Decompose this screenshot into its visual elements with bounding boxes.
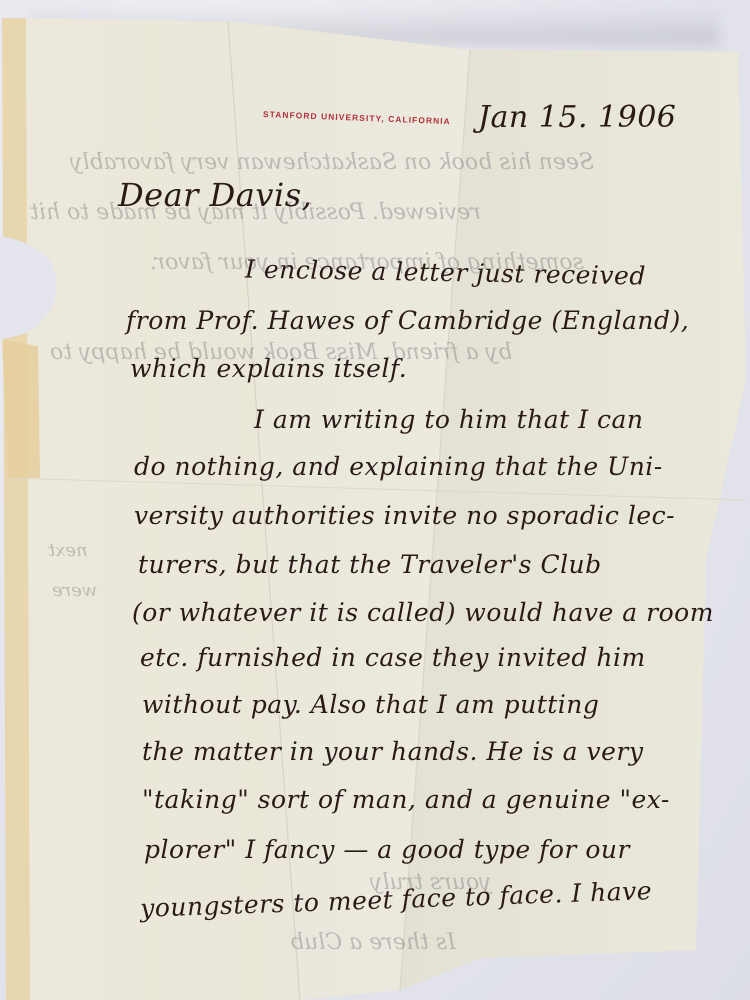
salutation: Dear Davis,	[118, 176, 312, 214]
body-line: "taking" sort of man, and a genuine "ex-	[142, 785, 670, 814]
letter-content: Seen his book on Saskatchewan very favor…	[0, 0, 750, 1000]
body-line: turers, but that the Traveler's Club	[138, 550, 602, 579]
body-line: (or whatever it is called) would have a …	[132, 598, 714, 627]
body-line: from Prof. Hawes of Cambridge (England),	[126, 306, 689, 335]
bleed-through-line: Seen his book on Saskatchewan very favor…	[70, 150, 594, 175]
body-line: plorer" I fancy — a good type for our	[144, 835, 630, 864]
bleed-through-line: were	[52, 580, 97, 601]
body-line: I am writing to him that I can	[254, 405, 644, 434]
body-line: without pay. Also that I am putting	[142, 690, 599, 719]
body-line: the matter in your hands. He is a very	[142, 737, 644, 766]
body-line: versity authorities invite no sporadic l…	[134, 501, 675, 530]
body-line: etc. furnished in case they invited him	[140, 643, 646, 672]
bleed-through-line: next	[48, 540, 88, 561]
body-line: do nothing, and explaining that the Uni-	[134, 452, 663, 481]
bleed-through-line: Is there a Club	[290, 930, 456, 955]
body-line: I enclose a letter just received	[245, 255, 646, 291]
body-line: which explains itself.	[130, 354, 407, 383]
letterhead: STANFORD UNIVERSITY, CALIFORNIA	[263, 109, 451, 126]
letter-date: Jan 15. 1906	[478, 100, 676, 135]
